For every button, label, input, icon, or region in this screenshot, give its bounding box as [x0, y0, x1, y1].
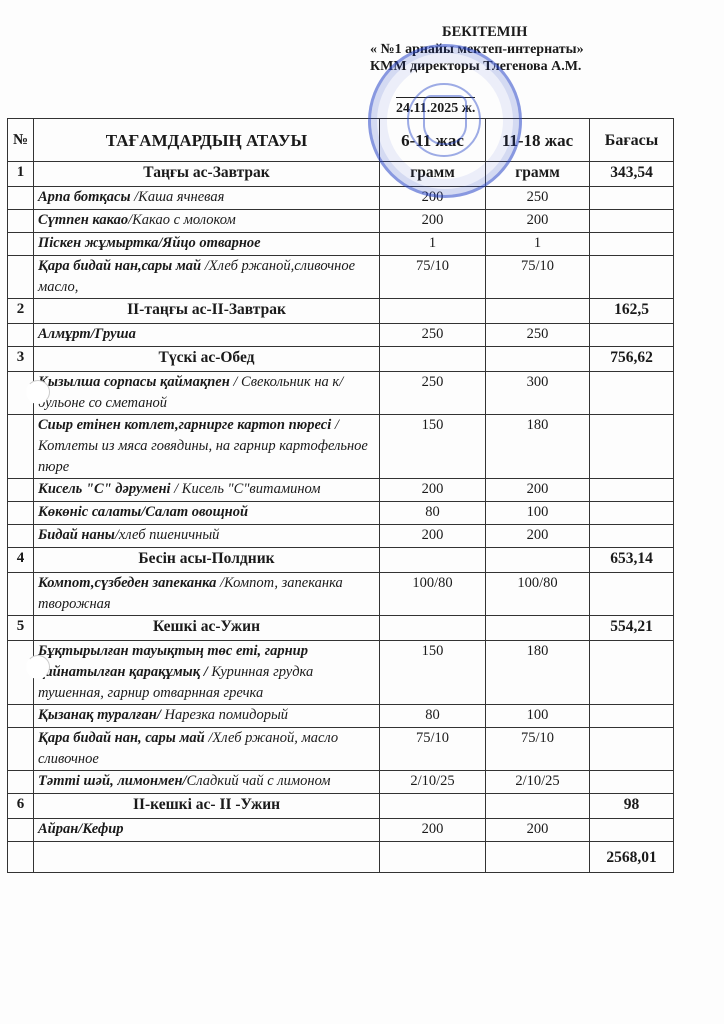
- section-number: 3: [8, 347, 34, 372]
- dish-row: Қара бидай нан, сары май /Хлеб ржаной, м…: [8, 728, 674, 771]
- dish-name-kazakh: Сиыр етінен котлет,гарнирге картоп пюрес…: [38, 417, 331, 433]
- table-header: № ТАҒАМДАРДЫҢ АТАУЫ 6-11 жас 11-18 жас Б…: [8, 119, 674, 162]
- dish-price-cell: [590, 573, 674, 616]
- dish-name: Бидай наны/хлеб пшеничный: [34, 525, 380, 548]
- dish-price-cell: [590, 771, 674, 794]
- dish-number-cell: [8, 771, 34, 794]
- dish-number-cell: [8, 728, 34, 771]
- dish-name: Көкөніс салаты/Салат овощной: [34, 502, 380, 525]
- dish-number-cell: [8, 479, 34, 502]
- dish-price-cell: [590, 256, 674, 299]
- dish-number-cell: [8, 256, 34, 299]
- dish-row: Сиыр етінен котлет,гарнирге картоп пюрес…: [8, 415, 674, 479]
- section-number: 6: [8, 794, 34, 819]
- dish-name-russian: Сладкий чай с лимоном: [187, 773, 331, 789]
- header-age-6-11: 6-11 жас: [380, 119, 486, 162]
- dish-portion-11-18: 200: [486, 819, 590, 842]
- dish-portion-11-18: 1: [486, 233, 590, 256]
- total-empty-cell: [34, 842, 380, 873]
- section-name: Кешкі ас-Ужин: [34, 616, 380, 641]
- dish-name-kazakh: Алмұрт/Груша: [38, 326, 136, 342]
- dish-row: Арпа ботқасы /Каша ячневая200250: [8, 187, 674, 210]
- dish-portion-11-18: 300: [486, 372, 590, 415]
- approval-title: БЕКІТЕМІН: [370, 24, 700, 41]
- total-row: 2568,01: [8, 842, 674, 873]
- dish-row: Алмұрт/Груша250250: [8, 324, 674, 347]
- dish-number-cell: [8, 502, 34, 525]
- approval-date: 24.11.2025 ж.: [396, 97, 475, 117]
- dish-portion-6-11: 75/10: [380, 728, 486, 771]
- dish-row: Қызанақ туралған/ Нарезка помидорый80100: [8, 705, 674, 728]
- dish-row: Қызылша сорпасы қаймақпен / Свекольник н…: [8, 372, 674, 415]
- dish-name-kazakh: Қара бидай нан,сары май: [38, 258, 201, 274]
- dish-portion-6-11: 200: [380, 525, 486, 548]
- dish-portion-6-11: 80: [380, 705, 486, 728]
- menu-table: № ТАҒАМДАРДЫҢ АТАУЫ 6-11 жас 11-18 жас Б…: [7, 118, 674, 873]
- dish-name-russian: Нарезка помидорый: [161, 707, 288, 723]
- dish-price-cell: [590, 525, 674, 548]
- approval-director: КММ директоры Тлегенова А.М.: [370, 58, 700, 75]
- dish-portion-11-18: 100: [486, 502, 590, 525]
- dish-name-kazakh: Піскен жұмыртка/Яйцо отварное: [38, 235, 261, 251]
- dish-price-cell: [590, 233, 674, 256]
- dish-row: Кисель "С" дәрумені / Кисель "С"витамино…: [8, 479, 674, 502]
- dish-portion-11-18: 75/10: [486, 728, 590, 771]
- section-unit-11-18: [486, 347, 590, 372]
- section-price: 343,54: [590, 162, 674, 187]
- section-price: 653,14: [590, 548, 674, 573]
- dish-portion-11-18: 100: [486, 705, 590, 728]
- section-number: 2: [8, 299, 34, 324]
- dish-portion-6-11: 250: [380, 372, 486, 415]
- dish-portion-11-18: 100/80: [486, 573, 590, 616]
- dish-name-kazakh: Қызанақ туралған/: [38, 707, 161, 723]
- dish-number-cell: [8, 210, 34, 233]
- dish-name: Піскен жұмыртка/Яйцо отварное: [34, 233, 380, 256]
- dish-number-cell: [8, 233, 34, 256]
- dish-portion-6-11: 200: [380, 819, 486, 842]
- dish-name-kazakh: Қызылша сорпасы қаймақпен: [38, 374, 230, 390]
- section-name: Таңғы ас-Завтрак: [34, 162, 380, 187]
- dish-name: Сиыр етінен котлет,гарнирге картоп пюрес…: [34, 415, 380, 479]
- section-unit-11-18: [486, 299, 590, 324]
- dish-name-kazakh: Көкөніс салаты/Салат овощной: [38, 504, 248, 520]
- dish-portion-6-11: 200: [380, 210, 486, 233]
- dish-price-cell: [590, 415, 674, 479]
- dish-name-kazakh: Сүтпен какао: [38, 212, 128, 228]
- dish-row: Қара бидай нан,сары май /Хлеб ржаной,сли…: [8, 256, 674, 299]
- section-price: 98: [590, 794, 674, 819]
- section-unit-6-11: [380, 616, 486, 641]
- section-unit-6-11: [380, 548, 486, 573]
- dish-number-cell: [8, 819, 34, 842]
- dish-portion-11-18: 200: [486, 479, 590, 502]
- header-price: Бағасы: [590, 119, 674, 162]
- dish-name-kazakh: Кисель "С" дәрумені: [38, 481, 171, 497]
- dish-number-cell: [8, 705, 34, 728]
- dish-portion-6-11: 75/10: [380, 256, 486, 299]
- dish-name: Қызанақ туралған/ Нарезка помидорый: [34, 705, 380, 728]
- section-name: ІІ-кешкі ас- ІІ -Ужин: [34, 794, 380, 819]
- dish-portion-6-11: 150: [380, 641, 486, 705]
- dish-name-kazakh: Компот,сүзбеден запеканка: [38, 575, 216, 591]
- dish-row: Бұқтырылған тауықтың төс еті, гарнир қай…: [8, 641, 674, 705]
- dish-portion-11-18: 200: [486, 210, 590, 233]
- section-unit-11-18: грамм: [486, 162, 590, 187]
- section-price: 162,5: [590, 299, 674, 324]
- section-unit-6-11: [380, 794, 486, 819]
- dish-portion-6-11: 1: [380, 233, 486, 256]
- dish-name-russian: / Кисель "С"витамином: [171, 481, 321, 497]
- dish-name-kazakh: Тәтті шәй, лимонмен/: [38, 773, 187, 789]
- dish-row: Компот,сүзбеден запеканка /Компот, запек…: [8, 573, 674, 616]
- header-age-11-18: 11-18 жас: [486, 119, 590, 162]
- meal-section-row: 4Бесін асы-Полдник653,14: [8, 548, 674, 573]
- dish-price-cell: [590, 819, 674, 842]
- section-number: 4: [8, 548, 34, 573]
- section-unit-11-18: [486, 616, 590, 641]
- dish-portion-6-11: 150: [380, 415, 486, 479]
- dish-name: Кисель "С" дәрумені / Кисель "С"витамино…: [34, 479, 380, 502]
- approval-block: БЕКІТЕМІН « №1 арнайы мектеп-интернаты» …: [370, 24, 700, 117]
- dish-name: Қызылша сорпасы қаймақпен / Свекольник н…: [34, 372, 380, 415]
- meal-section-row: 2ІІ-таңғы ас-ІІ-Завтрак162,5: [8, 299, 674, 324]
- dish-portion-6-11: 100/80: [380, 573, 486, 616]
- meal-section-row: 1Таңғы ас-Завтракграммграмм343,54: [8, 162, 674, 187]
- dish-name: Бұқтырылған тауықтың төс еті, гарнир қай…: [34, 641, 380, 705]
- total-empty-cell: [380, 842, 486, 873]
- dish-row: Тәтті шәй, лимонмен/Сладкий чай с лимоно…: [8, 771, 674, 794]
- punch-hole: [26, 380, 50, 404]
- dish-name-kazakh: Бидай наны: [38, 527, 115, 543]
- dish-name-russian: /Каша ячневая: [131, 189, 225, 205]
- dish-row: Көкөніс салаты/Салат овощной80100: [8, 502, 674, 525]
- section-unit-6-11: грамм: [380, 162, 486, 187]
- dish-price-cell: [590, 372, 674, 415]
- dish-price-cell: [590, 324, 674, 347]
- section-price: 554,21: [590, 616, 674, 641]
- dish-number-cell: [8, 573, 34, 616]
- dish-number-cell: [8, 187, 34, 210]
- meal-section-row: 5Кешкі ас-Ужин554,21: [8, 616, 674, 641]
- dish-number-cell: [8, 415, 34, 479]
- dish-name-kazakh: Айран/Кефир: [38, 821, 124, 837]
- dish-portion-6-11: 250: [380, 324, 486, 347]
- section-unit-6-11: [380, 347, 486, 372]
- dish-price-cell: [590, 641, 674, 705]
- dish-portion-6-11: 2/10/25: [380, 771, 486, 794]
- dish-portion-6-11: 80: [380, 502, 486, 525]
- dish-name-kazakh: Арпа ботқасы: [38, 189, 131, 205]
- dish-row: Бидай наны/хлеб пшеничный200200: [8, 525, 674, 548]
- meal-section-row: 3Түскі ас-Обед756,62: [8, 347, 674, 372]
- dish-portion-11-18: 180: [486, 415, 590, 479]
- dish-name: Тәтті шәй, лимонмен/Сладкий чай с лимоно…: [34, 771, 380, 794]
- dish-portion-11-18: 250: [486, 324, 590, 347]
- header-no: №: [8, 119, 34, 162]
- dish-name: Алмұрт/Груша: [34, 324, 380, 347]
- dish-row: Піскен жұмыртка/Яйцо отварное11: [8, 233, 674, 256]
- dish-portion-11-18: 180: [486, 641, 590, 705]
- dish-portion-6-11: 200: [380, 187, 486, 210]
- dish-portion-6-11: 200: [380, 479, 486, 502]
- dish-number-cell: [8, 324, 34, 347]
- dish-name: Компот,сүзбеден запеканка /Компот, запек…: [34, 573, 380, 616]
- dish-portion-11-18: 2/10/25: [486, 771, 590, 794]
- section-unit-6-11: [380, 299, 486, 324]
- total-empty-cell: [8, 842, 34, 873]
- dish-portion-11-18: 250: [486, 187, 590, 210]
- section-number: 5: [8, 616, 34, 641]
- punch-hole: [26, 655, 50, 679]
- dish-name: Сүтпен какао/Какао с молоком: [34, 210, 380, 233]
- dish-price-cell: [590, 502, 674, 525]
- total-empty-cell: [486, 842, 590, 873]
- dish-name: Қара бидай нан,сары май /Хлеб ржаной,сли…: [34, 256, 380, 299]
- dish-price-cell: [590, 705, 674, 728]
- dish-portion-11-18: 200: [486, 525, 590, 548]
- dish-price-cell: [590, 479, 674, 502]
- dish-price-cell: [590, 210, 674, 233]
- section-name: Бесін асы-Полдник: [34, 548, 380, 573]
- section-number: 1: [8, 162, 34, 187]
- approval-school: « №1 арнайы мектеп-интернаты»: [370, 41, 700, 58]
- dish-row: Сүтпен какао/Какао с молоком200200: [8, 210, 674, 233]
- dish-name-russian: /Какао с молоком: [128, 212, 236, 228]
- dish-price-cell: [590, 187, 674, 210]
- dish-row: Айран/Кефир200200: [8, 819, 674, 842]
- header-name: ТАҒАМДАРДЫҢ АТАУЫ: [34, 119, 380, 162]
- dish-name: Айран/Кефир: [34, 819, 380, 842]
- section-price: 756,62: [590, 347, 674, 372]
- section-unit-11-18: [486, 548, 590, 573]
- dish-number-cell: [8, 525, 34, 548]
- dish-price-cell: [590, 728, 674, 771]
- dish-name-russian: /хлеб пшеничный: [115, 527, 220, 543]
- dish-portion-11-18: 75/10: [486, 256, 590, 299]
- dish-name: Қара бидай нан, сары май /Хлеб ржаной, м…: [34, 728, 380, 771]
- section-name: ІІ-таңғы ас-ІІ-Завтрак: [34, 299, 380, 324]
- dish-name-kazakh: Қара бидай нан, сары май: [38, 730, 205, 746]
- section-name: Түскі ас-Обед: [34, 347, 380, 372]
- dish-name: Арпа ботқасы /Каша ячневая: [34, 187, 380, 210]
- meal-section-row: 6ІІ-кешкі ас- ІІ -Ужин98: [8, 794, 674, 819]
- section-unit-11-18: [486, 794, 590, 819]
- total-price: 2568,01: [590, 842, 674, 873]
